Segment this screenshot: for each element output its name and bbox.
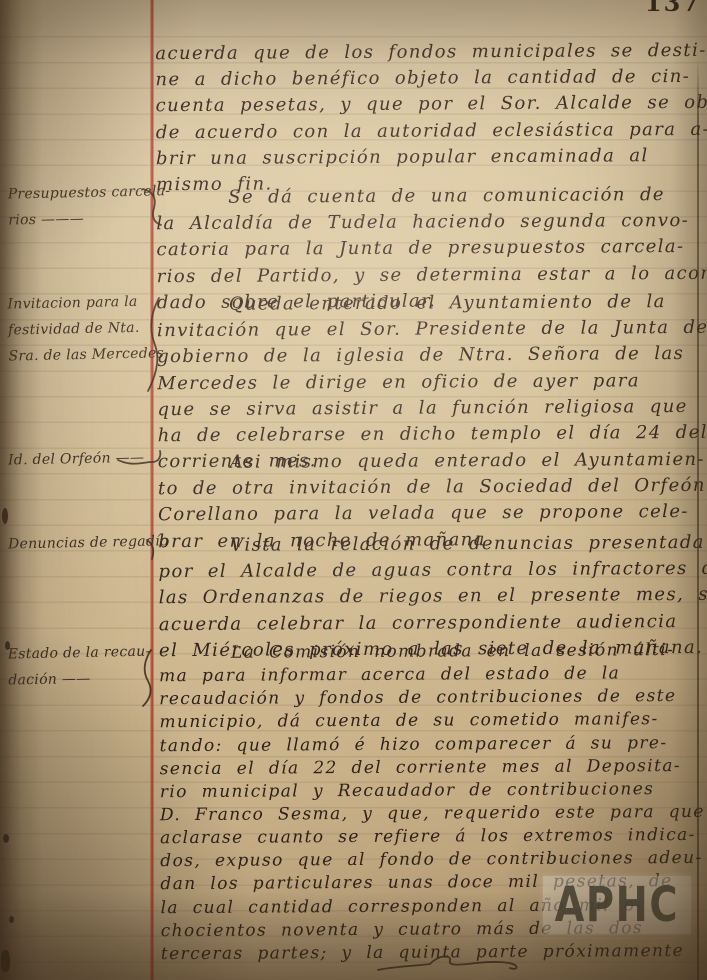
manuscript-line: sencia el día 22 del corriente mes al De… bbox=[160, 755, 706, 781]
manuscript-page-photo: 137 Presupuestos carcela-rios ———Invitac… bbox=[0, 0, 707, 980]
manuscript-line: D. Franco Sesma, y que, requerido este p… bbox=[160, 801, 706, 827]
manuscript-line: acuerda que de los fondos municipales se… bbox=[155, 38, 701, 68]
manuscript-line: rios del Partido, y se determina estar a… bbox=[157, 260, 703, 290]
manuscript-line: aclarase cuanto se refiere á los extremo… bbox=[160, 824, 706, 850]
manuscript-line: ha de celebrarse en dicho templo el día … bbox=[158, 420, 704, 450]
manuscript-line: Vista la relación de denuncias presentad… bbox=[158, 530, 704, 560]
manuscript-line: acuerda celebrar la correspondiente audi… bbox=[159, 608, 705, 638]
manuscript-line: que se sirva asistir a la función religi… bbox=[157, 394, 703, 424]
manuscript-line: municipio, dá cuenta de su cometido mani… bbox=[159, 708, 705, 734]
manuscript-line: Mercedes le dirige en oficio de ayer par… bbox=[157, 367, 703, 397]
ink-speck bbox=[5, 641, 10, 650]
ink-speck bbox=[1, 950, 10, 972]
manuscript-line: la Alcaldía de Tudela haciendo segunda c… bbox=[156, 208, 702, 238]
manuscript-line: brir una suscripción popular encaminada … bbox=[156, 143, 702, 173]
manuscript-line: las Ordenanzas de riegos en el presente … bbox=[159, 582, 705, 612]
ink-speck bbox=[9, 916, 14, 923]
aphc-watermark: APHC bbox=[543, 876, 691, 934]
manuscript-line: Asi mismo queda enterado el Ayuntamien- bbox=[158, 447, 704, 477]
manuscript-line: Corellano para la velada que se propone … bbox=[158, 499, 704, 529]
ink-speck bbox=[3, 834, 9, 843]
manuscript-line: terceras partes; y la quinta parte próxi… bbox=[161, 940, 707, 966]
manuscript-paragraph: acuerda que de los fondos municipales se… bbox=[155, 38, 702, 198]
aphc-watermark-text: APHC bbox=[555, 881, 680, 929]
manuscript-line: Se dá cuenta de una comunicación de bbox=[156, 182, 702, 212]
manuscript-line: rio municipal y Recaudador de contribuci… bbox=[160, 778, 706, 804]
body-text: acuerda que de los fondos municipales se… bbox=[0, 0, 707, 980]
manuscript-line: tando: que llamó é hizo comparecer á su … bbox=[159, 731, 705, 757]
manuscript-line: dos, expuso que al fondo de contribucion… bbox=[160, 847, 706, 873]
manuscript-line: La Comisión nombrada en la sesión últi- bbox=[159, 639, 705, 665]
manuscript-line: por el Alcalde de aguas contra los infra… bbox=[158, 556, 704, 586]
manuscript-line: ma para informar acerca del estado de la bbox=[159, 662, 705, 688]
manuscript-line: de acuerdo con la autoridad eclesiástica… bbox=[156, 116, 702, 146]
ink-speck bbox=[2, 508, 8, 524]
manuscript-line: recaudación y fondos de contribuciones d… bbox=[159, 685, 705, 711]
manuscript-line: invitación que el Sor. Presidente de la … bbox=[157, 315, 703, 345]
manuscript-line: to de otra invitación de la Sociedad del… bbox=[158, 473, 704, 503]
manuscript-line: gobierno de la iglesia de Ntra. Señora d… bbox=[157, 341, 703, 371]
manuscript-line: ne a dicho benéfico objeto la cantidad d… bbox=[155, 64, 701, 94]
manuscript-line: catoria para la Junta de presupuestos ca… bbox=[156, 234, 702, 264]
manuscript-line: Queda enterado el Ayuntamiento de la bbox=[157, 289, 703, 319]
manuscript-line: cuenta pesetas, y que por el Sor. Alcald… bbox=[156, 90, 702, 120]
